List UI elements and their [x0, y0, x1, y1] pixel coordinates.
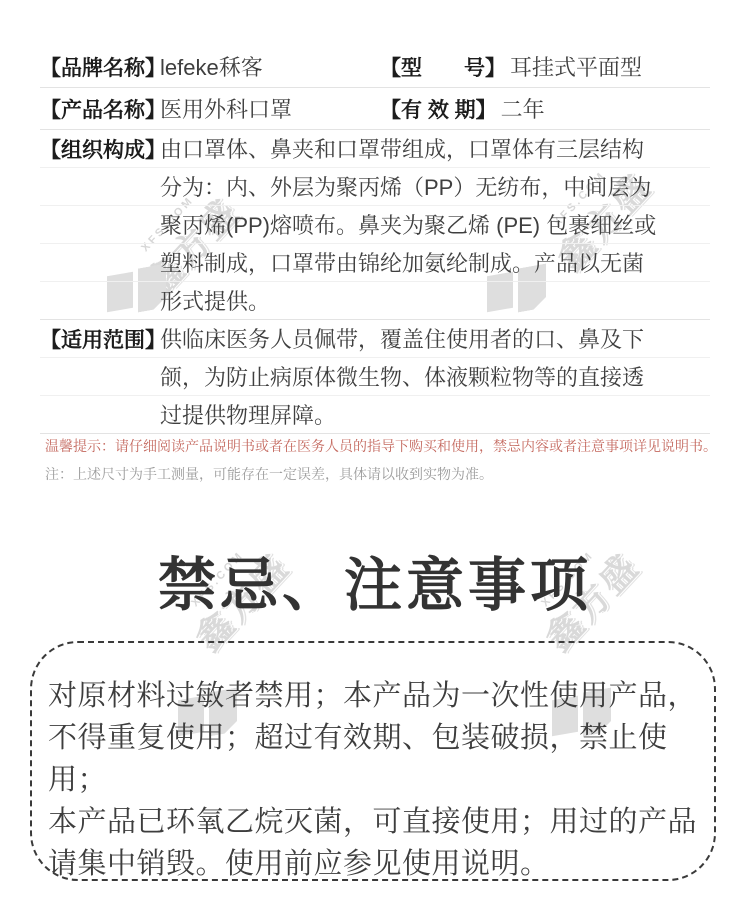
composition-line: 塑料制成，口罩带由锦纶加氨纶制成。产品以无菌 — [160, 247, 644, 278]
validity-column: 【有 效 期】 二年 — [380, 88, 545, 129]
model-value: 耳挂式平面型 — [510, 51, 642, 82]
scope-line: 供临床医务人员佩带，覆盖住使用者的口、鼻及下 — [160, 323, 644, 354]
product-detail-page: XFS.COM 鑫方盛 XFS.COM 鑫方盛 XFS.COM 鑫方盛 XFS.… — [0, 0, 750, 923]
warm-tip-text: 温馨提示：请仔细阅读产品说明书或者在医务人员的指导下购买和使用，禁忌内容或者注意… — [45, 436, 717, 456]
spec-row-product: 【产品名称】 医用外科口罩 【有 效 期】 二年 — [40, 88, 710, 130]
composition-line: 由口罩体、鼻夹和口罩带组成，口罩体有三层结构 — [160, 133, 644, 164]
spec-row-composition: 形式提供。 — [40, 282, 710, 320]
spec-row-composition: 分为：内、外层为聚丙烯（PP）无纺布，中间层为 — [40, 168, 710, 206]
spec-row-brand: 【品牌名称】 lefeke秝客 【型 号】 耳挂式平面型 — [40, 46, 710, 88]
prohibition-title: 禁忌、注意事项 — [0, 538, 750, 622]
brand-name-label: 【品牌名称】 — [40, 52, 160, 82]
scope-label: 【适用范围】 — [40, 324, 160, 354]
prohibition-body: 对原材料过敏者禁用；本产品为一次性使用产品， 不得重复使用；超过有效期、包装破损… — [48, 675, 700, 885]
model-column: 【型 号】 耳挂式平面型 — [380, 46, 642, 87]
composition-label: 【组织构成】 — [40, 134, 160, 164]
brand-name-value: lefeke秝客 — [160, 51, 263, 82]
spec-row-composition: 塑料制成，口罩带由锦纶加氨纶制成。产品以无菌 — [40, 244, 710, 282]
prohibition-line: 请集中销毁。使用前应参见使用说明。 — [48, 843, 700, 885]
model-label: 【型 号】 — [380, 52, 506, 82]
prohibition-line: 不得重复使用；超过有效期、包装破损，禁止使用； — [48, 717, 700, 801]
validity-label: 【有 效 期】 — [380, 94, 497, 124]
composition-line: 聚丙烯(PP)熔喷布。鼻夹为聚乙烯 (PE) 包裹细丝或 — [160, 209, 656, 240]
prohibition-box: 对原材料过敏者禁用；本产品为一次性使用产品， 不得重复使用；超过有效期、包装破损… — [30, 641, 716, 881]
measurement-note-text: 注：上述尺寸为手工测量，可能存在一定误差，具体请以收到实物为准。 — [45, 464, 493, 484]
product-name-value: 医用外科口罩 — [160, 93, 292, 124]
spec-row-scope: 颌，为防止病原体微生物、体液颗粒物等的直接透 — [40, 358, 710, 396]
scope-line: 过提供物理屏障。 — [160, 399, 336, 430]
composition-line: 形式提供。 — [160, 285, 270, 316]
composition-line: 分为：内、外层为聚丙烯（PP）无纺布，中间层为 — [160, 171, 651, 202]
product-name-label: 【产品名称】 — [40, 94, 160, 124]
spec-row-composition: 聚丙烯(PP)熔喷布。鼻夹为聚乙烯 (PE) 包裹细丝或 — [40, 206, 710, 244]
spec-row-scope: 【适用范围】 供临床医务人员佩带，覆盖住使用者的口、鼻及下 — [40, 320, 710, 358]
spec-row-composition: 【组织构成】 由口罩体、鼻夹和口罩带组成，口罩体有三层结构 — [40, 130, 710, 168]
validity-value: 二年 — [501, 93, 545, 124]
prohibition-line: 对原材料过敏者禁用；本产品为一次性使用产品， — [48, 675, 700, 717]
spec-table: 【品牌名称】 lefeke秝客 【型 号】 耳挂式平面型 【产品名称】 医用外科… — [40, 46, 710, 434]
scope-line: 颌，为防止病原体微生物、体液颗粒物等的直接透 — [160, 361, 644, 392]
spec-row-scope: 过提供物理屏障。 — [40, 396, 710, 434]
prohibition-line: 本产品已环氧乙烷灭菌，可直接使用；用过的产品 — [48, 801, 700, 843]
